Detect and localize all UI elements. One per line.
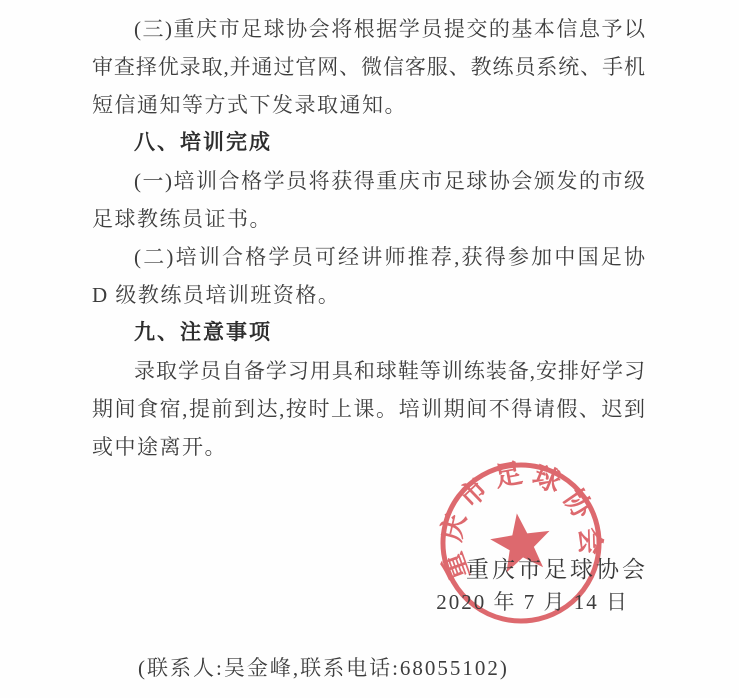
signature-organization: 重庆市足球协会 [466,551,648,584]
text-line: D 级教练员培训班资格。 [92,276,645,314]
contact-line: (联系人:吴金峰,联系电话:68055102) [138,652,509,682]
section-heading-8: 八、培训完成 [92,124,645,162]
section-heading-9: 九、注意事项 [92,314,645,352]
text-line: 录取学员自备学习用具和球鞋等训练装备,安排好学习 [92,352,645,390]
text-line: 审查择优录取,并通过官网、微信客服、教练员系统、手机 [92,48,645,86]
text-line: 短信通知等方式下发录取通知。 [92,86,645,124]
text-line: 期间食宿,提前到达,按时上课。培训期间不得请假、迟到 [92,390,645,428]
text-line: 足球教练员证书。 [92,200,645,238]
signature-date: 2020 年 7 月 14 日 [436,586,629,616]
text-line: (二)培训合格学员可经讲师推荐,获得参加中国足协 [92,238,645,276]
text-line: (三)重庆市足球协会将根据学员提交的基本信息予以 [92,10,645,48]
document-page: (三)重庆市足球协会将根据学员提交的基本信息予以 审查择优录取,并通过官网、微信… [0,0,739,698]
text-line: (一)培训合格学员将获得重庆市足球协会颁发的市级 [92,162,645,200]
document-text-block: (三)重庆市足球协会将根据学员提交的基本信息予以 审查择优录取,并通过官网、微信… [92,10,645,466]
